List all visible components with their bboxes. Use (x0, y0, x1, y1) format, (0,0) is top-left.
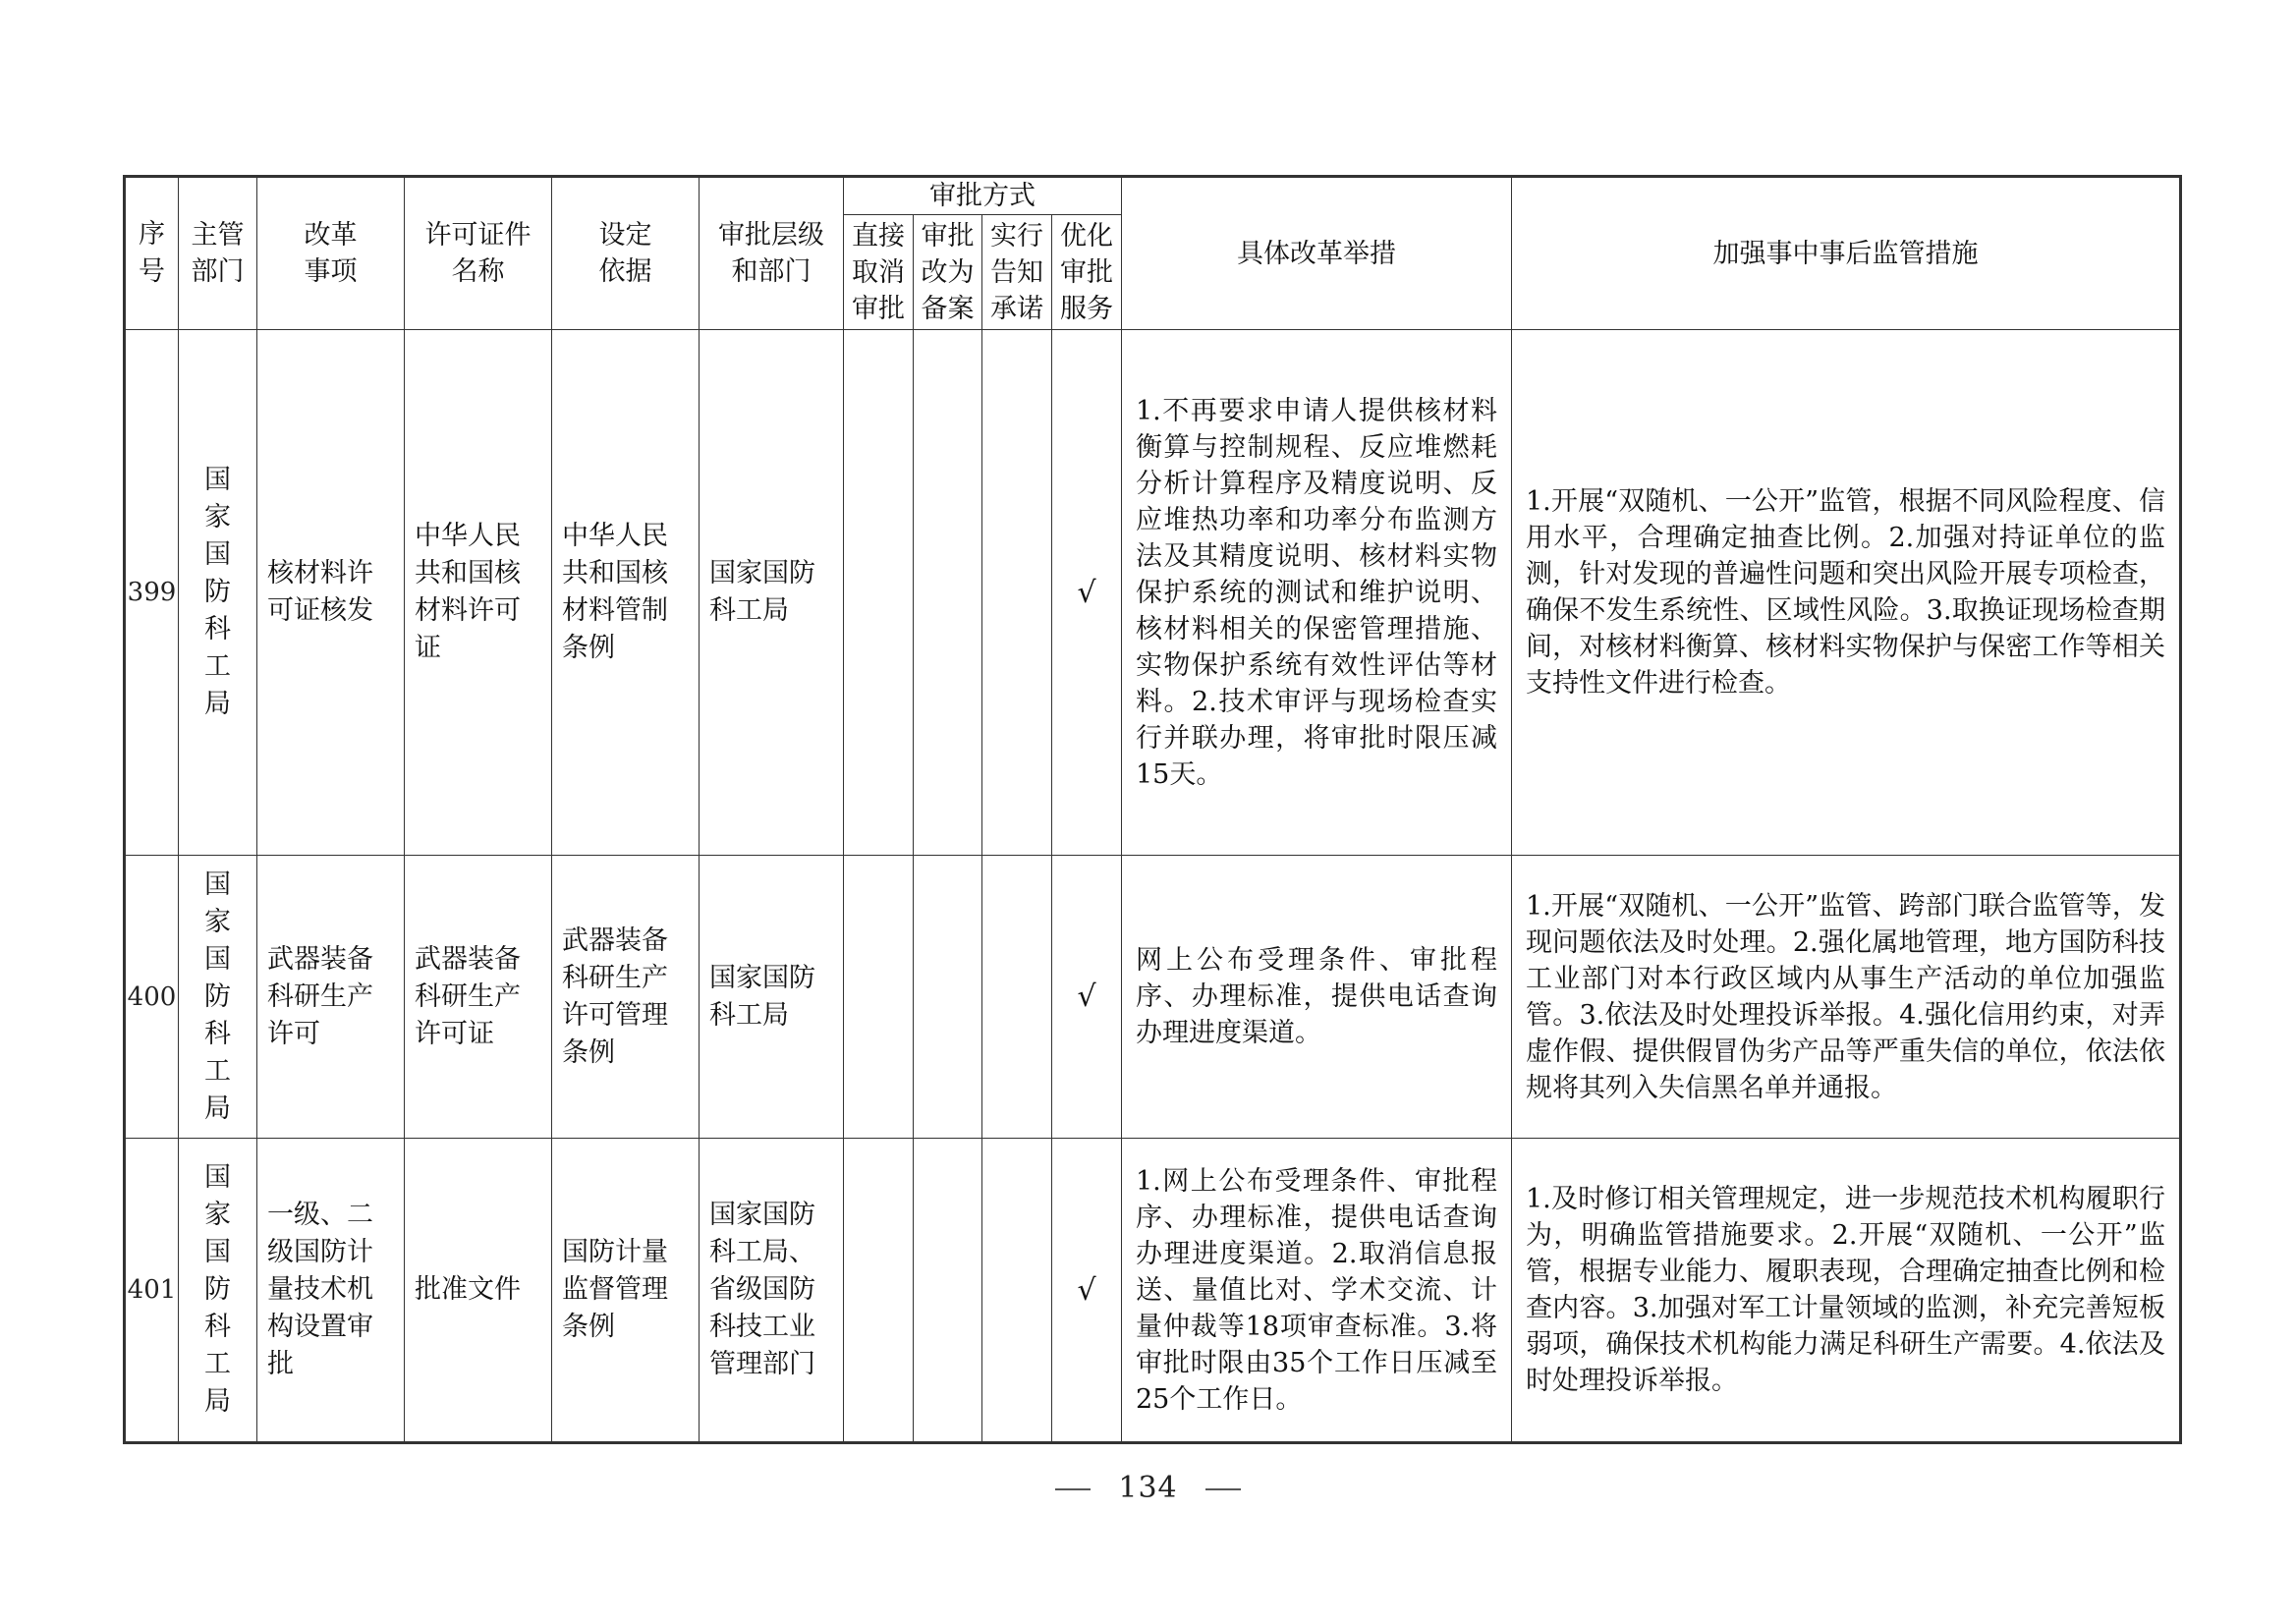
method-commitment-cell (982, 856, 1052, 1139)
seq-cell: 400 (125, 856, 179, 1139)
basis-cell: 中华人民共和国核材料管制条例 (552, 330, 700, 856)
level-cell: 国家国防科工局 (700, 856, 844, 1139)
check-mark-icon: √ (1052, 330, 1122, 856)
method-commitment-cell (982, 1139, 1052, 1443)
dept-cell: 国家国防科工局 (179, 856, 257, 1139)
seq-cell: 399 (125, 330, 179, 856)
method-commitment-cell (982, 330, 1052, 856)
table-row: 401 国家国防科工局 一级、二级国防计量技术机构设置审批 批准文件 国防计量监… (125, 1139, 2181, 1443)
check-mark-icon: √ (1052, 856, 1122, 1139)
header-seq: 序号 (125, 177, 179, 330)
method-cancel-cell (844, 330, 914, 856)
page-number: 134 (1118, 1471, 1177, 1505)
method-cancel-cell (844, 1139, 914, 1443)
method-filing-cell (914, 856, 982, 1139)
header-method-commitment: 实行告知承诺 (982, 215, 1052, 330)
dept-cell: 国家国防科工局 (179, 330, 257, 856)
table-row: 400 国家国防科工局 武器装备科研生产许可 武器装备科研生产许可证 武器装备科… (125, 856, 2181, 1139)
header-method-group: 审批方式 (844, 177, 1122, 215)
method-filing-cell (914, 330, 982, 856)
basis-cell: 武器装备科研生产许可管理条例 (552, 856, 700, 1139)
dept-cell: 国家国防科工局 (179, 1139, 257, 1443)
header-measures: 具体改革举措 (1122, 177, 1512, 330)
basis-cell: 国防计量监督管理条例 (552, 1139, 700, 1443)
level-cell: 国家国防科工局 (700, 330, 844, 856)
level-cell: 国家国防科工局、省级国防科技工业管理部门 (700, 1139, 844, 1443)
measures-cell: 1.不再要求申请人提供核材料衡算与控制规程、反应堆燃耗分析计算程序及精度说明、反… (1122, 330, 1512, 856)
license-cell: 中华人民共和国核材料许可证 (405, 330, 552, 856)
seq-cell: 401 (125, 1139, 179, 1443)
method-filing-cell (914, 1139, 982, 1443)
header-method-filing: 审批改为备案 (914, 215, 982, 330)
item-cell: 一级、二级国防计量技术机构设置审批 (257, 1139, 405, 1443)
page-footer: 134 (0, 1471, 2296, 1505)
check-mark-icon: √ (1052, 1139, 1122, 1443)
header-method-cancel: 直接取消审批 (844, 215, 914, 330)
supervision-cell: 1.及时修订相关管理规定，进一步规范技术机构履职行为，明确监管措施要求。2.开展… (1512, 1139, 2181, 1443)
dash-right (1205, 1488, 1241, 1490)
reform-table: 序号 主管部门 改革事项 许可证件名称 设定依据 审批层级和部门 审批方式 具体… (123, 175, 2182, 1444)
measures-cell: 1.网上公布受理条件、审批程序、办理标准，提供电话查询办理进度渠道。2.取消信息… (1122, 1139, 1512, 1443)
header-dept: 主管部门 (179, 177, 257, 330)
header-supervision: 加强事中事后监管措施 (1512, 177, 2181, 330)
dash-left (1055, 1488, 1091, 1490)
header-level: 审批层级和部门 (700, 177, 844, 330)
item-cell: 武器装备科研生产许可 (257, 856, 405, 1139)
header-license: 许可证件名称 (405, 177, 552, 330)
header-item: 改革事项 (257, 177, 405, 330)
header-method-optimize: 优化审批服务 (1052, 215, 1122, 330)
header-basis: 设定依据 (552, 177, 700, 330)
method-cancel-cell (844, 856, 914, 1139)
measures-cell: 网上公布受理条件、审批程序、办理标准，提供电话查询办理进度渠道。 (1122, 856, 1512, 1139)
license-cell: 武器装备科研生产许可证 (405, 856, 552, 1139)
license-cell: 批准文件 (405, 1139, 552, 1443)
item-cell: 核材料许可证核发 (257, 330, 405, 856)
table-row: 399 国家国防科工局 核材料许可证核发 中华人民共和国核材料许可证 中华人民共… (125, 330, 2181, 856)
supervision-cell: 1.开展“双随机、一公开”监管，根据不同风险程度、信用水平，合理确定抽查比例。2… (1512, 330, 2181, 856)
supervision-cell: 1.开展“双随机、一公开”监管、跨部门联合监管等，发现问题依法及时处理。2.强化… (1512, 856, 2181, 1139)
